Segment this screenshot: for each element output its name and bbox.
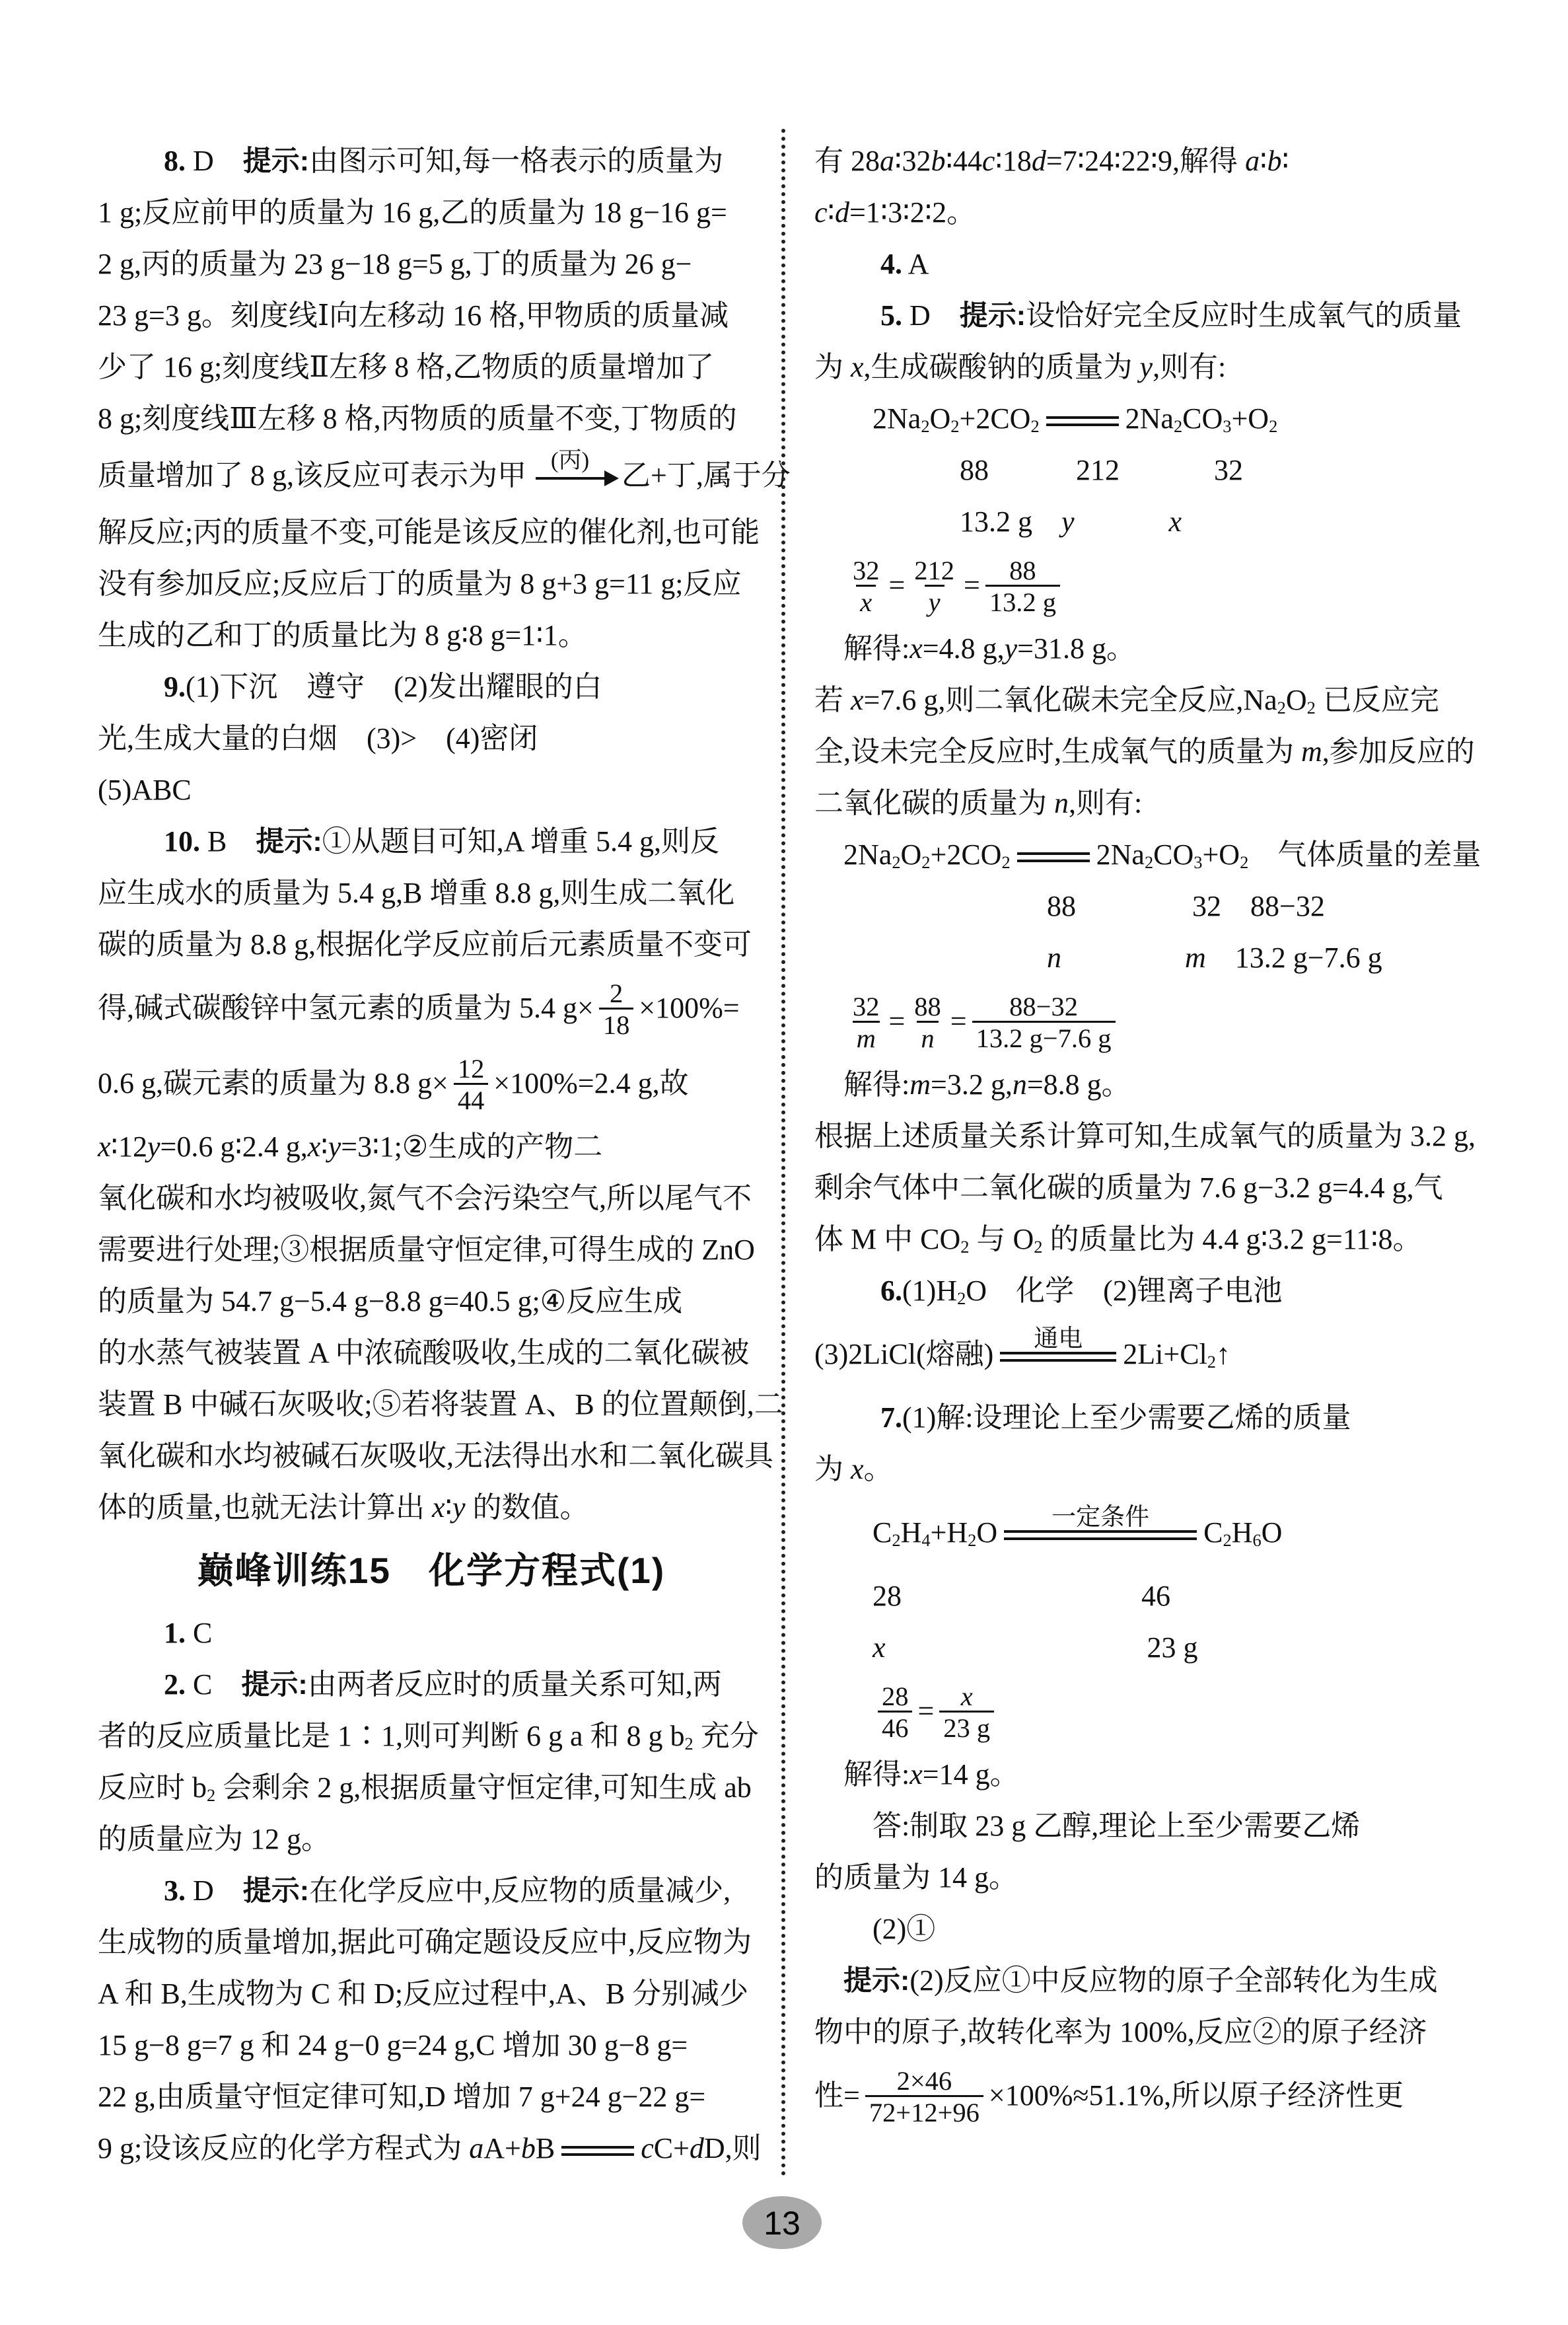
text-line: 为 x,生成碳酸钠的质量为 y,则有:: [814, 342, 1524, 393]
text-line: 得,碱式碳酸锌中氢元素的质量为 5.4 g×218×100%=: [98, 971, 765, 1046]
text-line: 28 46: [814, 1570, 1524, 1622]
text-segment: D,则: [704, 2132, 762, 2164]
text-segment: =: [888, 1005, 905, 1037]
text-segment: O 化学 (2)锂离子电池: [966, 1274, 1282, 1307]
text-line: (2)①: [814, 1903, 1524, 1955]
text-segment: ∶12: [111, 1130, 147, 1163]
text-segment: d: [835, 196, 849, 229]
text-segment: 有 28: [814, 145, 880, 177]
text-line: 10. B 提示:①从题目可知,A 增重 5.4 g,则反: [98, 816, 765, 867]
text-segment: =1∶3∶2∶2。: [849, 196, 976, 229]
text-line: 质量增加了 8 g,该反应可表示为甲(丙)乙+丁,属于分: [98, 445, 765, 507]
subscript: 2: [1240, 852, 1248, 872]
text-line: 88 212 32: [814, 445, 1524, 496]
subscript: 2: [968, 1530, 976, 1550]
text-segment: 2Na: [1125, 402, 1174, 435]
text-segment: x: [909, 1758, 923, 1790]
right-column: 有 28a∶32b∶44c∶18d=7∶24∶22∶9,解得 a∶b∶c∶d=1…: [814, 135, 1524, 2133]
subscript: 2: [1174, 416, 1182, 436]
text-segment: B: [200, 825, 256, 858]
text-line: 5. D 提示:设恰好完全反应时生成氧气的质量: [814, 290, 1524, 342]
text-line: C2H4+H2O一定条件C2H6O: [814, 1495, 1524, 1570]
text-line: 若 x=7.6 g,则二氧化碳未完全反应,Na2O2 已反应完: [814, 675, 1524, 726]
text-line: (3)2LiCl(熔融)通电2Li+Cl2↑: [814, 1317, 1524, 1392]
text-segment: y: [452, 1491, 466, 1524]
text-segment: 的质量为 14 g。: [814, 1861, 1018, 1894]
text-line: 0.6 g,碳元素的质量为 8.8 g×1244×100%=2.4 g,故: [98, 1046, 765, 1121]
subscript: 2: [892, 852, 900, 872]
text-segment: (5)ABC: [98, 774, 192, 806]
text-segment: 解得:: [814, 1068, 909, 1101]
fraction: 88n: [910, 992, 944, 1053]
text-segment: 少了 16 g;刻度线Ⅱ左移 8 格,乙物质的质量增加了: [98, 351, 714, 383]
text-line: 需要进行处理;③根据质量守恒定律,可得生成的 ZnO: [98, 1224, 765, 1276]
text-segment: 剩余气体中二氧化碳的质量为 7.6 g−3.2 g=4.4 g,气: [814, 1171, 1443, 1204]
text-line: 解得:x=14 g。: [814, 1749, 1524, 1800]
text-line: 8. D 提示:由图示可知,每一格表示的质量为: [98, 135, 765, 187]
text-segment: +O: [1202, 838, 1240, 871]
text-segment: ,则有:: [1153, 351, 1226, 383]
text-line: 1. C: [98, 1607, 765, 1659]
text-segment: A: [902, 248, 929, 280]
text-line: 7.(1)解:设理论上至少需要乙烯的质量: [814, 1392, 1524, 1444]
subscript: 2: [957, 1288, 966, 1308]
text-line: 性=2×4672+12+96×100%≈51.1%,所以原子经济性更: [814, 2058, 1524, 2133]
text-line: 体 M 中 CO2 与 O2 的质量比为 4.4 g∶3.2 g=11∶8。: [814, 1214, 1524, 1265]
fraction: 2×4672+12+96: [865, 2067, 983, 2127]
text-segment: 全,设未完全反应时,生成氧气的质量为: [814, 735, 1301, 768]
text-segment: y: [1005, 632, 1018, 665]
text-segment: 1 g;反应前甲的质量为 16 g,乙的质量为 18 g−16 g=: [98, 196, 727, 229]
text-line: 的质量应为 12 g。: [98, 1814, 765, 1865]
text-segment: 已反应完: [1316, 684, 1439, 716]
text-segment: 气体质量的差量: [1248, 838, 1481, 871]
text-segment: x: [98, 1130, 111, 1163]
text-segment: 解得:: [814, 1758, 909, 1790]
subscript: 3: [1194, 852, 1202, 872]
text-segment: x: [432, 1491, 445, 1524]
text-segment: =3.2 g,: [931, 1068, 1013, 1101]
text-segment: 88 212 32: [814, 454, 1243, 486]
fraction: 212y: [910, 556, 958, 617]
answer-number: 7.: [880, 1401, 902, 1434]
text-segment: 性=: [814, 2079, 860, 2112]
text-segment: 由图示可知,每一格表示的质量为: [309, 145, 723, 177]
text-segment: ↑: [1216, 1338, 1230, 1370]
text-segment: n: [1047, 941, 1061, 974]
fraction: 32x: [849, 556, 883, 617]
text-line: 的质量为 54.7 g−5.4 g−8.8 g=40.5 g;④反应生成: [98, 1276, 765, 1327]
text-segment: c: [982, 145, 995, 177]
text-line: 8 g;刻度线Ⅲ左移 8 格,丙物质的质量不变,丁物质的: [98, 393, 765, 445]
text-segment: n: [1013, 1068, 1027, 1101]
text-segment: 得,碱式碳酸锌中氢元素的质量为 5.4 g×: [98, 992, 594, 1024]
text-segment: H: [1232, 1516, 1253, 1549]
text-segment: 者的反应质量比是 1∶1,则可判断 6 g a 和 8 g b: [98, 1720, 685, 1752]
text-segment: =: [888, 569, 905, 601]
text-line: 生成物的质量增加,据此可确定题设反应中,反应物为: [98, 1917, 765, 1968]
fraction: x23 g: [939, 1682, 994, 1743]
text-segment: 装置 B 中碱石灰吸收;⑤若将装置 A、B 的位置颠倒,二: [98, 1388, 783, 1421]
text-line: 碳的质量为 8.8 g,根据化学反应前后元素质量不变可: [98, 919, 765, 971]
equation-condition-label: 通电: [1034, 1327, 1083, 1351]
text-line: A 和 B,生成物为 C 和 D;反应过程中,A、B 分别减少: [98, 1968, 765, 2020]
subscript: 2: [685, 1734, 694, 1753]
text-segment: 23 g=3 g。刻度线Ⅰ向左移动 16 格,甲物质的质量减: [98, 299, 729, 332]
text-segment: ×100%=: [639, 992, 739, 1024]
text-segment: 的数值。: [466, 1491, 589, 1524]
text-line: 提示:(2)反应①中反应物的原子全部转化为生成: [814, 1955, 1524, 2007]
text-segment: d: [1032, 145, 1046, 177]
text-line: 氧化碳和水均被吸收,氮气不会污染空气,所以尾气不: [98, 1173, 765, 1224]
text-segment: 的质量应为 12 g。: [98, 1823, 330, 1855]
text-segment: B: [536, 2132, 555, 2164]
text-line: 全,设未完全反应时,生成氧气的质量为 m,参加反应的: [814, 726, 1524, 778]
text-segment: 与 O: [969, 1223, 1034, 1255]
text-segment: =8.8 g。: [1027, 1068, 1131, 1101]
text-segment: 体的质量,也就无法计算出: [98, 1491, 432, 1524]
text-line: 有 28a∶32b∶44c∶18d=7∶24∶22∶9,解得 a∶b∶: [814, 135, 1524, 187]
text-segment: 生成物的质量增加,据此可确定题设反应中,反应物为: [98, 1926, 752, 1958]
arrow-catalyst-label: (丙): [551, 449, 589, 472]
text-segment: CO: [1182, 402, 1223, 435]
subscript: 4: [921, 1530, 930, 1550]
text-line: 者的反应质量比是 1∶1,则可判断 6 g a 和 8 g b2 充分: [98, 1711, 765, 1762]
text-segment: 会剩余 2 g,根据质量守恒定律,可知生成 ab: [215, 1771, 752, 1804]
text-line: 答:制取 23 g 乙醇,理论上至少需要乙烯: [814, 1800, 1524, 1852]
hint-label: 提示:: [243, 1875, 309, 1907]
hint-label: 提示:: [843, 1965, 909, 1997]
text-segment: +2CO: [931, 838, 1002, 871]
text-segment: ∶: [445, 1491, 452, 1524]
text-segment: n: [1054, 787, 1069, 819]
text-segment: ×100%=2.4 g,故: [493, 1067, 688, 1099]
text-segment: b: [521, 2132, 536, 2164]
text-line: 3. D 提示:在化学反应中,反应物的质量减少,: [98, 1865, 765, 1917]
answer-number: 1.: [164, 1617, 186, 1649]
text-segment: y: [1061, 505, 1075, 538]
subscript: 2: [921, 416, 929, 436]
reaction-equals-labeled: 一定条件: [1004, 1530, 1197, 1540]
text-segment: A 和 B,生成物为 C 和 D;反应过程中,A、B 分别减少: [98, 1977, 748, 2010]
text-segment: 没有参加反应;反应后丁的质量为 8 g+3 g=11 g;反应: [98, 568, 741, 600]
text-segment: 需要进行处理;③根据质量守恒定律,可得生成的 ZnO: [98, 1234, 755, 1266]
text-segment: =7.6 g,则二氧化碳未完全反应,Na: [864, 684, 1277, 716]
subscript: 2: [1307, 698, 1316, 718]
column-divider: [781, 129, 785, 2177]
text-segment: ,则有:: [1069, 787, 1142, 819]
fraction: 88−3213.2 g−7.6 g: [972, 992, 1116, 1053]
left-column: 8. D 提示:由图示可知,每一格表示的质量为1 g;反应前甲的质量为 16 g…: [98, 135, 765, 2174]
text-segment: =3∶1;②生成的产物二: [341, 1130, 602, 1163]
text-segment: C: [186, 1668, 241, 1701]
text-segment: [1075, 505, 1169, 538]
text-segment: [814, 569, 843, 601]
text-segment: d: [690, 2132, 704, 2164]
text-line: 22 g,由质量守恒定律可知,D 增加 7 g+24 g−22 g=: [98, 2071, 765, 2123]
hint-label: 提示:: [243, 145, 309, 177]
text-segment: y: [1140, 351, 1153, 383]
text-segment: =: [917, 1695, 934, 1727]
text-line: 的水蒸气被装置 A 中浓硫酸吸收,生成的二氧化碳被: [98, 1327, 765, 1379]
text-line: 9 g;设该反应的化学方程式为 aA+bBcC+dD,则: [98, 2123, 765, 2174]
answer-number: 5.: [880, 299, 902, 332]
text-segment: O: [976, 1516, 997, 1549]
text-segment: x: [308, 1130, 321, 1163]
text-line: 4. A: [814, 239, 1524, 290]
text-segment: c: [641, 2132, 654, 2164]
section-header: 巅峰训练15 化学方程式(1): [98, 1533, 765, 1607]
text-line: 没有参加反应;反应后丁的质量为 8 g+3 g=11 g;反应: [98, 558, 765, 610]
text-line: 为 x。: [814, 1444, 1524, 1495]
fraction: 218: [599, 979, 633, 1040]
text-segment: =4.8 g,: [923, 632, 1005, 665]
text-segment: 15 g−8 g=7 g 和 24 g−0 g=24 g,C 增加 30 g−8…: [98, 2029, 688, 2061]
subscript: 2: [1207, 1352, 1216, 1372]
text-segment: 9 g;设该反应的化学方程式为: [98, 2132, 469, 2164]
reaction-equals-labeled: 通电: [1000, 1352, 1116, 1362]
text-segment: x: [851, 1453, 864, 1485]
subscript: 2: [1145, 852, 1153, 872]
answer-number: 4.: [880, 248, 902, 280]
subscript: 2: [921, 852, 930, 872]
text-line: 15 g−8 g=7 g 和 24 g−0 g=24 g,C 增加 30 g−8…: [98, 2020, 765, 2071]
text-segment: 在化学反应中,反应物的质量减少,: [309, 1874, 731, 1907]
text-segment: ∶: [1260, 145, 1267, 177]
text-segment: (1)解:设理论上至少需要乙烯的质量: [902, 1401, 1351, 1434]
answer-number: 8.: [164, 145, 186, 177]
text-segment: x: [873, 1631, 886, 1664]
text-segment: x: [851, 351, 864, 383]
text-line: 6.(1)H2O 化学 (2)锂离子电池: [814, 1265, 1524, 1317]
answer-page: { "page": { "number": "13", "background"…: [0, 0, 1568, 2325]
text-segment: 乙+丁,属于分: [622, 459, 791, 492]
text-segment: 充分: [694, 1720, 759, 1752]
text-segment: 解得:: [814, 632, 909, 665]
text-segment: 由两者反应时的质量关系可知,两: [308, 1668, 722, 1701]
text-segment: 根据上述质量关系计算可知,生成氧气的质量为 3.2 g,: [814, 1120, 1476, 1152]
answer-number: 10.: [164, 825, 200, 858]
subscript: 3: [1223, 416, 1231, 436]
text-segment: O: [1262, 1516, 1283, 1549]
text-segment: 为: [814, 351, 851, 383]
text-line: c∶d=1∶3∶2∶2。: [814, 187, 1524, 239]
text-line: 1 g;反应前甲的质量为 16 g,乙的质量为 18 g−16 g=: [98, 187, 765, 239]
text-segment: x: [1169, 505, 1182, 538]
text-segment: b: [931, 145, 945, 177]
text-segment: [814, 941, 1047, 974]
text-segment: y: [328, 1130, 341, 1163]
text-segment: 0.6 g,碳元素的质量为 8.8 g×: [98, 1067, 448, 1099]
text-line: 9.(1)下沉 遵守 (2)发出耀眼的白: [98, 661, 765, 713]
subscript: 2: [1269, 416, 1277, 436]
text-line: x∶12y=0.6 g∶2.4 g,x∶y=3∶1;②生成的产物二: [98, 1121, 765, 1173]
text-segment: b: [1267, 145, 1282, 177]
text-line: 13.2 g y x: [814, 496, 1524, 548]
text-segment: +H: [931, 1516, 968, 1549]
text-segment: 的质量为 54.7 g−5.4 g−8.8 g=40.5 g;④反应生成: [98, 1285, 682, 1317]
text-segment: ∶44: [945, 145, 981, 177]
text-segment: [1061, 941, 1185, 974]
text-segment: O: [901, 838, 922, 871]
text-segment: 光,生成大量的白烟 (3)> (4)密闭: [98, 722, 538, 755]
text-line: 生成的乙和丁的质量比为 8 g∶8 g=1∶1。: [98, 610, 765, 661]
text-line: 装置 B 中碱石灰吸收;⑤若将装置 A、B 的位置颠倒,二: [98, 1379, 765, 1430]
text-segment: C+: [654, 2132, 690, 2164]
subscript: 2: [950, 416, 959, 436]
text-segment: O: [1286, 684, 1307, 716]
text-segment: D: [186, 145, 243, 177]
hint-label: 提示:: [960, 300, 1026, 332]
text-segment: 8 g;刻度线Ⅲ左移 8 格,丙物质的质量不变,丁物质的: [98, 402, 737, 435]
text-line: 23 g=3 g。刻度线Ⅰ向左移动 16 格,甲物质的质量减: [98, 290, 765, 342]
hint-label: 提示:: [241, 1669, 307, 1701]
equation-condition-label: 一定条件: [1051, 1505, 1149, 1530]
text-segment: C: [1203, 1516, 1223, 1549]
text-segment: [814, 1631, 873, 1664]
text-line: 2846=x23 g: [814, 1674, 1524, 1749]
text-line: 解得:x=4.8 g,y=31.8 g。: [814, 623, 1524, 675]
text-segment: ∶: [320, 1130, 328, 1163]
text-segment: x: [851, 684, 864, 716]
text-segment: ∶32: [894, 145, 931, 177]
text-line: 光,生成大量的白烟 (3)> (4)密闭: [98, 713, 765, 764]
text-line: 少了 16 g;刻度线Ⅱ左移 8 格,乙物质的质量增加了: [98, 342, 765, 393]
text-segment: (2)反应①中反应物的原子全部转化为生成: [909, 1964, 1437, 1997]
reaction-equals: [561, 2146, 634, 2156]
text-segment: ,生成碳酸钠的质量为: [864, 351, 1140, 383]
text-line: 氧化碳和水均被碱石灰吸收,无法得出水和二氧化碳具: [98, 1430, 765, 1482]
text-line: 解得:m=3.2 g,n=8.8 g。: [814, 1059, 1524, 1111]
text-segment: 体 M 中 CO: [814, 1223, 960, 1255]
text-segment: ∶18: [995, 145, 1031, 177]
text-segment: ∶: [1282, 145, 1289, 177]
text-segment: 生成的乙和丁的质量比为 8 g∶8 g=1∶1。: [98, 619, 587, 651]
fraction: 32m: [849, 992, 883, 1053]
text-segment: ∶: [828, 196, 835, 229]
subscript: 2: [207, 1785, 215, 1805]
text-segment: 为: [814, 1453, 851, 1485]
text-segment: 88 32 88−32: [814, 890, 1325, 922]
text-segment: 解反应;丙的质量不变,可能是该反应的催化剂,也可能: [98, 516, 760, 548]
text-segment: 2 g,丙的质量为 23 g−18 g=5 g,丁的质量为 26 g−: [98, 248, 692, 280]
subscript: 6: [1252, 1530, 1261, 1550]
fraction: 1244: [454, 1054, 488, 1115]
text-line: 剩余气体中二氧化碳的质量为 7.6 g−3.2 g=4.4 g,气: [814, 1162, 1524, 1214]
text-segment: 质量增加了 8 g,该反应可表示为甲: [98, 459, 526, 492]
text-segment: 设恰好完全反应时生成氧气的质量: [1026, 299, 1462, 332]
text-segment: 2Na: [1096, 838, 1145, 871]
text-segment: 的水蒸气被装置 A 中浓硫酸吸收,生成的二氧化碳被: [98, 1337, 749, 1369]
subscript: 2: [1223, 1530, 1231, 1550]
subscript: 2: [1030, 416, 1039, 436]
text-segment: x: [909, 632, 923, 665]
text-segment: a: [1245, 145, 1260, 177]
text-line: 2Na2O2+2CO22Na2CO3+O2: [814, 393, 1524, 445]
text-segment: 巅峰训练15 化学方程式(1): [197, 1550, 665, 1591]
text-segment: A+: [483, 2132, 521, 2164]
text-segment: 的质量比为 4.4 g∶3.2 g=11∶8。: [1042, 1223, 1421, 1255]
text-segment: 2Na: [814, 402, 921, 435]
answer-number: 3.: [164, 1874, 186, 1907]
text-segment: (1)下沉 遵守 (2)发出耀眼的白: [186, 671, 602, 703]
text-segment: 若: [814, 684, 851, 716]
text-segment: 13.2 g−7.6 g: [1206, 941, 1382, 974]
text-line: 反应时 b2 会剩余 2 g,根据质量守恒定律,可知生成 ab: [98, 1762, 765, 1814]
hint-label: 提示:: [256, 826, 322, 858]
text-segment: =: [950, 1005, 967, 1037]
text-segment: ①从题目可知,A 增重 5.4 g,则反: [322, 825, 719, 858]
text-segment: [814, 1695, 873, 1727]
text-line: 应生成水的质量为 5.4 g,B 增重 8.8 g,则生成二氧化: [98, 867, 765, 919]
text-line: x 23 g: [814, 1622, 1524, 1674]
text-segment: 23 g: [886, 1631, 1198, 1664]
text-segment: 氧化碳和水均被碱石灰吸收,无法得出水和二氧化碳具: [98, 1440, 773, 1472]
text-segment: 2Li+Cl: [1123, 1338, 1207, 1370]
text-segment: c: [814, 196, 828, 229]
subscript: 2: [960, 1237, 969, 1257]
text-line: 32m=88n=88−3213.2 g−7.6 g: [814, 984, 1524, 1059]
text-segment: =31.8 g。: [1017, 632, 1135, 665]
text-line: 32x=212y=8813.2 g: [814, 548, 1524, 623]
text-line: 根据上述质量关系计算可知,生成氧气的质量为 3.2 g,: [814, 1111, 1524, 1162]
subscript: 2: [1277, 698, 1286, 718]
text-segment: ,参加反应的: [1322, 735, 1475, 768]
text-line: 二氧化碳的质量为 n,则有:: [814, 778, 1524, 829]
text-line: 体的质量,也就无法计算出 x∶y 的数值。: [98, 1482, 765, 1533]
text-segment: 应生成水的质量为 5.4 g,B 增重 8.8 g,则生成二氧化: [98, 877, 734, 909]
text-segment: O: [930, 402, 951, 435]
text-segment: 。: [864, 1453, 893, 1485]
text-line: 2 g,丙的质量为 23 g−18 g=5 g,丁的质量为 26 g−: [98, 239, 765, 290]
text-line: 2. C 提示:由两者反应时的质量关系可知,两: [98, 1659, 765, 1711]
answer-number: 9.: [164, 671, 186, 703]
text-segment: a: [469, 2132, 483, 2164]
text-segment: y: [147, 1130, 160, 1163]
text-segment: 答:制取 23 g 乙醇,理论上至少需要乙烯: [814, 1810, 1360, 1842]
text-segment: 二氧化碳的质量为: [814, 787, 1054, 819]
text-line: 2Na2O2+2CO22Na2CO3+O2 气体质量的差量: [814, 829, 1524, 881]
text-segment: +O: [1231, 402, 1269, 435]
text-segment: 反应时 b: [98, 1771, 207, 1804]
text-segment: 22 g,由质量守恒定律可知,D 增加 7 g+24 g−22 g=: [98, 2081, 705, 2113]
text-segment: ×100%≈51.1%,所以原子经济性更: [989, 2079, 1404, 2112]
text-segment: 13.2 g: [814, 505, 1061, 538]
text-line: n m 13.2 g−7.6 g: [814, 932, 1524, 984]
subscript: 2: [1034, 1237, 1042, 1257]
text-line: 88 32 88−32: [814, 881, 1524, 932]
text-segment: m: [909, 1068, 931, 1101]
text-segment: C: [186, 1617, 212, 1649]
text-segment: [814, 1005, 843, 1037]
text-segment: D: [186, 1874, 243, 1907]
text-segment: =: [964, 569, 980, 601]
text-segment: (1)H: [902, 1274, 957, 1307]
reaction-equals: [1046, 416, 1119, 426]
answer-number: 6.: [880, 1274, 902, 1307]
text-segment: m: [1301, 735, 1322, 768]
text-segment: =14 g。: [923, 1758, 1019, 1790]
text-segment: CO: [1153, 838, 1194, 871]
text-segment: 氧化碳和水均被吸收,氮气不会污染空气,所以尾气不: [98, 1182, 752, 1214]
text-segment: =0.6 g∶2.4 g,: [160, 1130, 308, 1163]
subscript: 2: [1001, 852, 1010, 872]
text-segment: [814, 1964, 843, 1997]
text-segment: 物中的原子,故转化率为 100%,反应②的原子经济: [814, 2016, 1427, 2048]
text-segment: =7∶24∶22∶9,解得: [1046, 145, 1245, 177]
text-line: (5)ABC: [98, 764, 765, 816]
text-segment: D: [902, 299, 960, 332]
